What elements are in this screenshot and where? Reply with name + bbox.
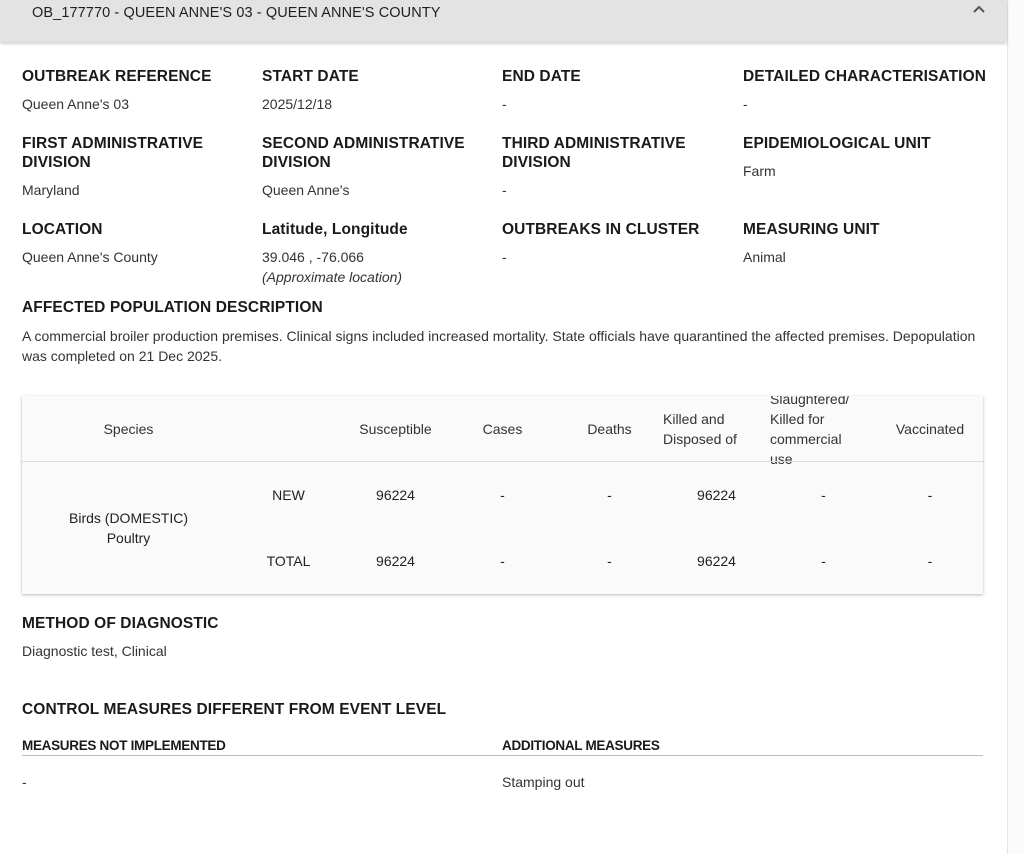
header-susceptible: Susceptible bbox=[342, 419, 449, 439]
epidemiological-unit-label: EPIDEMIOLOGICAL UNIT bbox=[743, 134, 931, 153]
header-slaughtered: Slaughtered/ Killed for commercial use bbox=[770, 396, 877, 469]
header-cases: Cases bbox=[449, 419, 556, 439]
start-date-label: START DATE bbox=[262, 67, 359, 86]
additional-measures-value: Stamping out bbox=[502, 772, 585, 792]
end-date-value: - bbox=[502, 94, 507, 114]
measuring-unit-label: MEASURING UNIT bbox=[743, 220, 880, 239]
cell-deaths: - bbox=[556, 485, 663, 505]
end-date-label: END DATE bbox=[502, 67, 581, 86]
species-name: Birds (DOMESTIC) bbox=[22, 508, 235, 528]
header-killed-line2: Disposed of bbox=[663, 429, 770, 449]
diagnostic-value: Diagnostic test, Clinical bbox=[22, 641, 167, 661]
measures-not-implemented-label: MEASURES NOT IMPLEMENTED bbox=[22, 736, 226, 755]
location-value: Queen Anne's County bbox=[22, 247, 158, 267]
cell-susceptible: 96224 bbox=[342, 485, 449, 505]
header-deaths: Deaths bbox=[556, 419, 663, 439]
first-admin-division-value: Maryland bbox=[22, 180, 80, 200]
header-slaughtered-line4: use bbox=[770, 449, 877, 469]
second-admin-division-label-line2: DIVISION bbox=[262, 153, 465, 172]
first-admin-division-label: FIRST ADMINISTRATIVE DIVISION bbox=[22, 134, 203, 172]
outbreaks-in-cluster-value: - bbox=[502, 247, 507, 267]
cell-cases: - bbox=[449, 485, 556, 505]
header-killed-disposed: Killed and Disposed of bbox=[663, 409, 770, 449]
lat-long-label: Latitude, Longitude bbox=[262, 220, 408, 239]
diagnostic-label: METHOD OF DIAGNOSTIC bbox=[22, 614, 219, 633]
cell-deaths: - bbox=[556, 551, 663, 571]
chevron-up-icon[interactable] bbox=[972, 4, 986, 14]
second-admin-division-label: SECOND ADMINISTRATIVE DIVISION bbox=[262, 134, 465, 172]
third-admin-division-label: THIRD ADMINISTRATIVE DIVISION bbox=[502, 134, 686, 172]
start-date-value: 2025/12/18 bbox=[262, 94, 332, 114]
row-type: NEW bbox=[235, 485, 342, 505]
species-category: Poultry bbox=[22, 528, 235, 548]
header-species: Species bbox=[22, 419, 235, 439]
cell-killed: 96224 bbox=[663, 551, 770, 571]
header-slaughtered-line1: Slaughtered/ bbox=[770, 396, 877, 409]
outbreak-reference-label: OUTBREAK REFERENCE bbox=[22, 67, 212, 86]
cell-slaughtered: - bbox=[770, 551, 877, 571]
species-cell: Birds (DOMESTIC) Poultry bbox=[22, 508, 235, 548]
cell-vaccinated: - bbox=[877, 551, 983, 571]
epidemiological-unit-value: Farm bbox=[743, 161, 776, 181]
header-slaughtered-line2: Killed for bbox=[770, 409, 877, 429]
affected-population-label: AFFECTED POPULATION DESCRIPTION bbox=[22, 298, 323, 317]
measures-not-implemented-value: - bbox=[22, 772, 27, 792]
panel-title: OB_177770 - QUEEN ANNE'S 03 - QUEEN ANNE… bbox=[32, 5, 441, 21]
header-slaughtered-line3: commercial bbox=[770, 429, 877, 449]
third-admin-division-value: - bbox=[502, 180, 507, 200]
additional-measures-label: ADDITIONAL MEASURES bbox=[502, 736, 660, 755]
third-admin-division-label-line1: THIRD ADMINISTRATIVE bbox=[502, 134, 686, 153]
measuring-unit-value: Animal bbox=[743, 247, 786, 267]
row-type: TOTAL bbox=[235, 551, 342, 571]
population-table: Species Susceptible Cases Deaths Killed … bbox=[22, 396, 983, 594]
detailed-characterisation-label: DETAILED CHARACTERISATION bbox=[743, 67, 986, 86]
lat-long-value: 39.046 , -76.066 (Approximate location) bbox=[262, 247, 402, 287]
outbreak-reference-value: Queen Anne's 03 bbox=[22, 94, 129, 114]
third-admin-division-label-line2: DIVISION bbox=[502, 153, 686, 172]
outbreak-panel: OB_177770 - QUEEN ANNE'S 03 - QUEEN ANNE… bbox=[0, 0, 1007, 854]
approximate-location-note: (Approximate location) bbox=[262, 269, 402, 285]
location-label: LOCATION bbox=[22, 220, 103, 239]
affected-population-text: A commercial broiler production premises… bbox=[22, 326, 982, 366]
header-killed-line1: Killed and bbox=[663, 409, 770, 429]
second-admin-division-label-line1: SECOND ADMINISTRATIVE bbox=[262, 134, 465, 153]
first-admin-division-label-line2: DIVISION bbox=[22, 153, 203, 172]
second-admin-division-value: Queen Anne's bbox=[262, 180, 350, 200]
cell-killed: 96224 bbox=[663, 485, 770, 505]
cell-slaughtered: - bbox=[770, 485, 877, 505]
cell-vaccinated: - bbox=[877, 485, 983, 505]
first-admin-division-label-line1: FIRST ADMINISTRATIVE bbox=[22, 134, 203, 153]
coordinates-text: 39.046 , -76.066 bbox=[262, 247, 402, 267]
header-vaccinated: Vaccinated bbox=[877, 419, 983, 439]
outbreak-panel-header[interactable]: OB_177770 - QUEEN ANNE'S 03 - QUEEN ANNE… bbox=[0, 0, 1007, 42]
control-measures-divider bbox=[22, 755, 983, 756]
outbreaks-in-cluster-label: OUTBREAKS IN CLUSTER bbox=[502, 220, 699, 239]
table-header-divider bbox=[22, 461, 983, 462]
control-measures-title: CONTROL MEASURES DIFFERENT FROM EVENT LE… bbox=[22, 700, 446, 719]
page-edge bbox=[1007, 0, 1024, 854]
cell-susceptible: 96224 bbox=[342, 551, 449, 571]
detailed-characterisation-value: - bbox=[743, 94, 748, 114]
cell-cases: - bbox=[449, 551, 556, 571]
